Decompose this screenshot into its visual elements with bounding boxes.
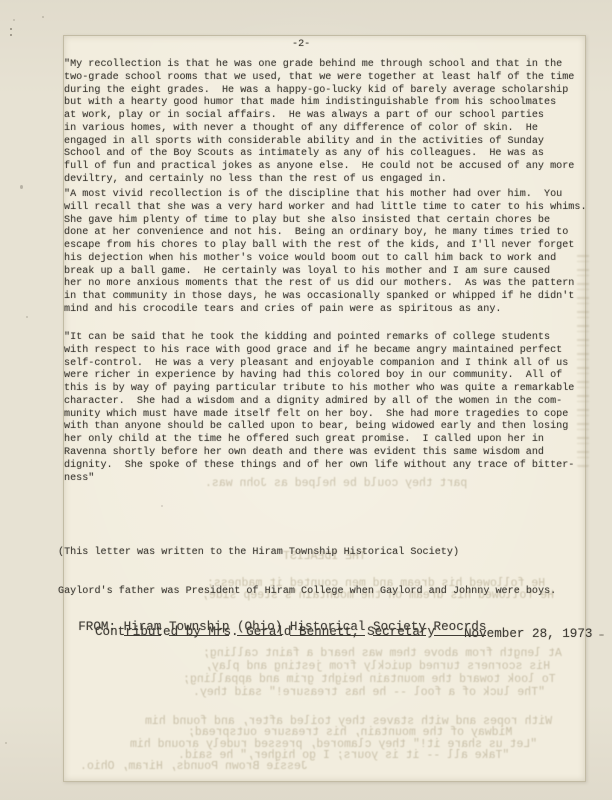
paper-speck [10,34,12,36]
letter-paragraph-1: "My recollection is that he was one grad… [64,59,574,187]
paper-speck [5,742,7,744]
paper-speck [161,505,163,507]
paper-speck [26,316,28,318]
letter-paragraph-2: "A most vivid recollection is of the dis… [64,189,587,317]
footnote-line-1: (This letter was written to the Hiram To… [58,546,556,559]
paper-speck [599,634,604,636]
paper-speck [13,19,15,21]
paper-speck [42,16,44,18]
letter-paragraph-3: "It can be said that he took the kidding… [64,332,574,485]
footnote-line-2: Gaylord's father was President of Hiram … [58,585,556,598]
scanned-document-page: part they could be helped as John was.TH… [0,0,612,800]
page-number: -2- [292,39,310,52]
contributor-line: Contributed by Mrs. Gerald Bennett, Secr… [95,625,435,639]
paper-speck [10,28,12,30]
date-label: November 28, 1973 [464,627,592,641]
paper-speck [20,185,23,189]
